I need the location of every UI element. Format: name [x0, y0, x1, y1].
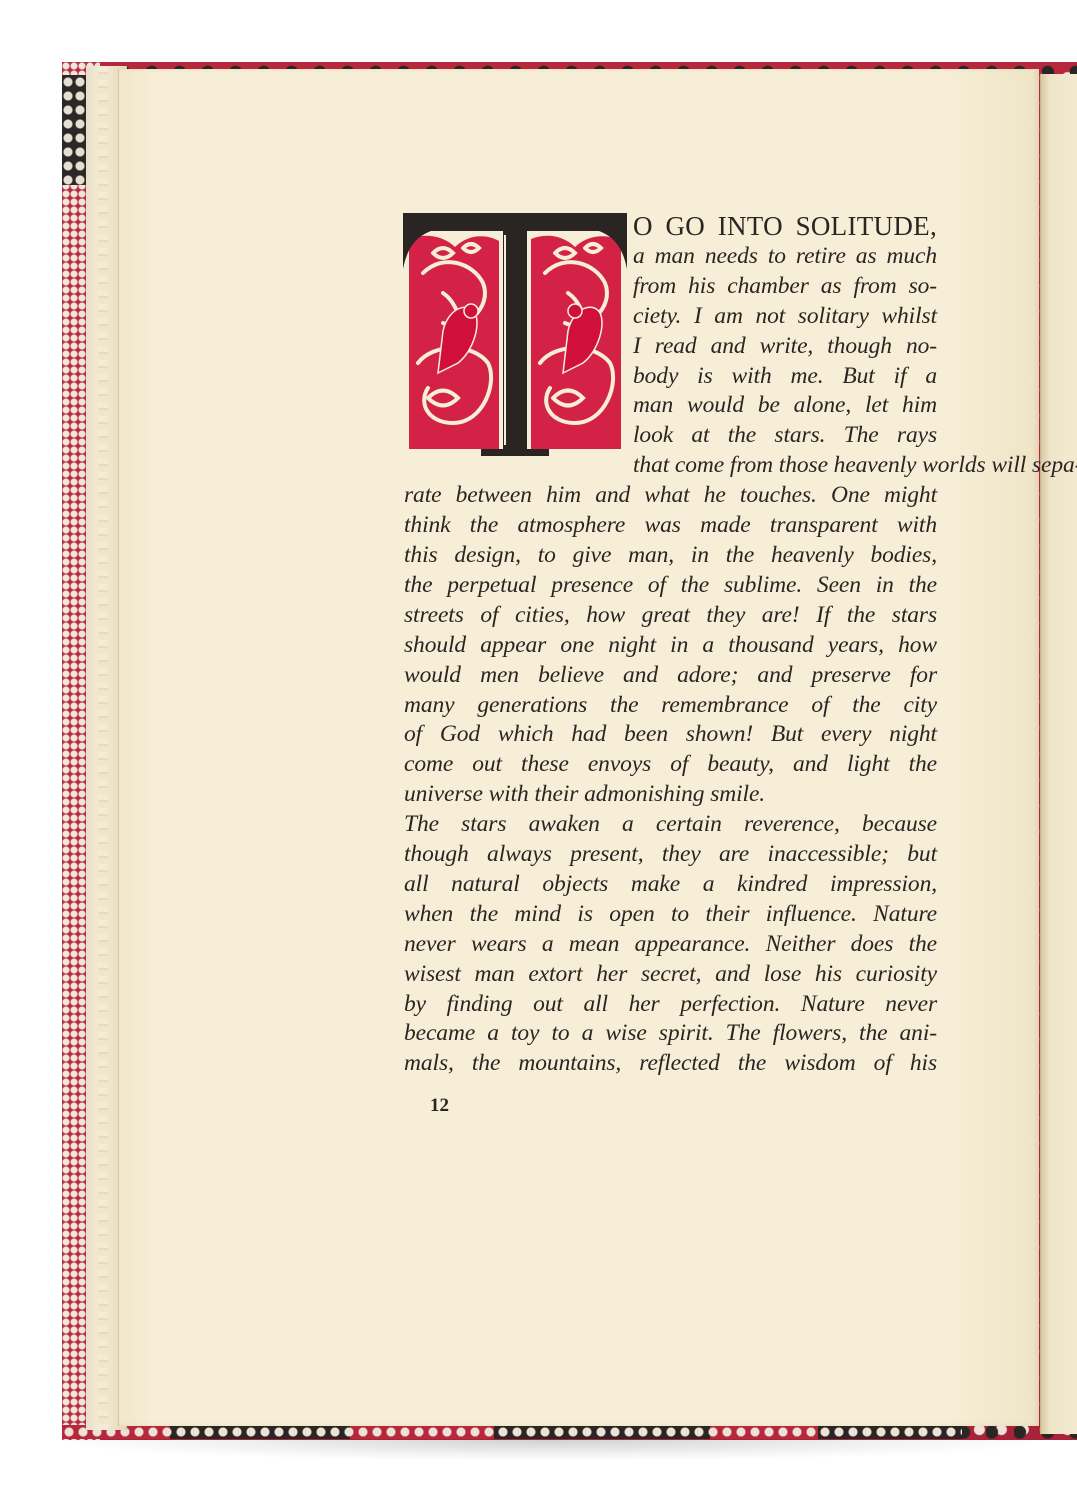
text-line: think the atmosphere was made transparen…: [404, 511, 937, 541]
text-line: never wears a mean appearance. Neither d…: [404, 930, 937, 960]
text-block: O GO INTO SOLITUDE, a man needs to retir…: [404, 212, 937, 1079]
woodcut-initial-t-icon: [403, 213, 627, 456]
cover-edge-bottom: [62, 1425, 962, 1439]
text-line: The stars awaken a certain reverence, be…: [404, 810, 937, 840]
text-line: all natural objects make a kindred impre…: [404, 870, 937, 900]
text-line: when the mind is open to their influence…: [404, 900, 937, 930]
text-line: wisest man extort her secret, and lose h…: [404, 960, 937, 990]
text-line: come out these envoys of beauty, and lig…: [404, 750, 937, 780]
text-line: the perpetual presence of the sublime. S…: [404, 571, 937, 601]
text-line: rate between him and what he touches. On…: [404, 481, 937, 511]
text-line: universe with their admonishing smile.: [404, 780, 937, 810]
text-line: this design, to give man, in the heavenl…: [404, 541, 937, 571]
deckle-edge-texture: [98, 66, 108, 1430]
cover-pattern-dark: [62, 75, 86, 185]
text-line: became a toy to a wise spirit. The flowe…: [404, 1019, 937, 1049]
text-line: should appear one night in a thousand ye…: [404, 631, 937, 661]
page-number: 12: [430, 1095, 449, 1117]
text-line: by finding out all her perfection. Natur…: [404, 990, 937, 1020]
text-line: many generations the remembrance of the …: [404, 691, 937, 721]
text-line: streets of cities, how great they are! I…: [404, 601, 937, 631]
text-line: of God which had been shown! But every n…: [404, 720, 937, 750]
text-line: mals, the mountains, reflected the wisdo…: [404, 1049, 937, 1079]
next-page-edge: [1040, 74, 1077, 1434]
text-line: would men believe and adore; and preserv…: [404, 661, 937, 691]
drop-cap-initial: [403, 213, 627, 456]
text-line: though always present, they are inaccess…: [404, 840, 937, 870]
